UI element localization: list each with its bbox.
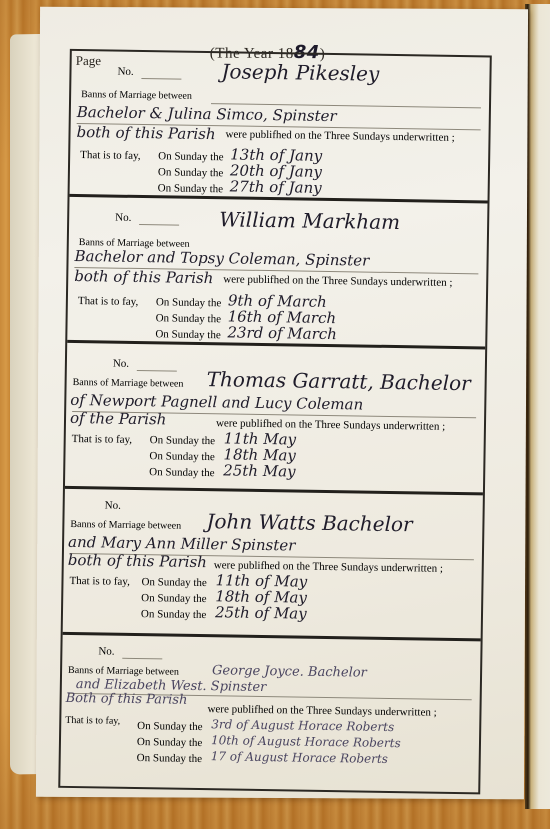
sunday-date-3: 17 of August Horace Roberts xyxy=(211,749,388,766)
published-label: were publifhed on the Three Sundays unde… xyxy=(223,273,452,289)
facing-page-edge xyxy=(525,4,550,809)
banns-entry: No. Banns of Marriage between George Joy… xyxy=(60,635,480,792)
banns-register-frame: No. Joseph Pikesley Banns of Marriage be… xyxy=(58,49,492,795)
parish-line: both of this Parish xyxy=(74,267,213,287)
sunday-label-1: On Sunday the xyxy=(137,720,203,733)
sunday-label-1: On Sunday the xyxy=(141,576,207,589)
sunday-label-1: On Sunday the xyxy=(158,150,224,163)
no-label: No. xyxy=(113,358,129,370)
sunday-label-2: On Sunday the xyxy=(156,312,222,325)
sunday-date-2: 10th of August Horace Roberts xyxy=(211,733,401,750)
banns-label: Banns of Marriage between xyxy=(81,89,192,102)
no-label: No. xyxy=(115,212,131,224)
bride-line: Bachelor and Topsy Coleman, Spinster xyxy=(74,247,369,270)
no-label: No. xyxy=(98,645,114,657)
banns-entry: No. Banns of Marriage between Thomas Gar… xyxy=(65,343,485,496)
parish-line: both of this Parish xyxy=(68,551,207,571)
banns-entry: No. Joseph Pikesley Banns of Marriage be… xyxy=(70,51,490,204)
parish-line: both of this Parish xyxy=(76,123,215,143)
no-label: No. xyxy=(105,499,121,511)
published-label: were publifhed on the Three Sundays unde… xyxy=(207,703,436,719)
sunday-date-3: 27th of Jany xyxy=(230,177,322,196)
sunday-label-1: On Sunday the xyxy=(156,296,222,309)
sunday-label-3: On Sunday the xyxy=(149,466,215,479)
sunday-label-1: On Sunday the xyxy=(150,434,216,447)
groom-name: Joseph Pikesley xyxy=(221,59,379,85)
banns-label: Banns of Marriage between xyxy=(73,377,184,390)
parish-line: Both of this Parish xyxy=(66,691,188,708)
banns-entry: No. Banns of Marriage between John Watts… xyxy=(63,489,483,642)
register-page: Page (The Year 1884) No. Joseph Pikesley… xyxy=(36,7,528,800)
sunday-date-3: 23rd of March xyxy=(227,323,337,343)
that-is-label: That is to fay, xyxy=(78,295,139,308)
sunday-label-3: On Sunday the xyxy=(141,608,207,621)
bride-line: Bachelor & Julina Simco, Spinster xyxy=(77,103,337,125)
that-is-label: That is to fay, xyxy=(69,575,130,588)
parish-line: of the Parish xyxy=(70,409,167,429)
sunday-label-3: On Sunday the xyxy=(158,182,224,195)
that-is-label: That is to fay, xyxy=(80,149,141,162)
banns-label: Banns of Marriage between xyxy=(68,665,179,678)
no-label: No. xyxy=(117,66,133,78)
groom-name: William Markham xyxy=(219,207,400,234)
sunday-date-1: 3rd of August Horace Roberts xyxy=(211,717,394,734)
sunday-label-2: On Sunday the xyxy=(149,450,215,463)
groom-name: George Joyce. Bachelor xyxy=(212,663,367,680)
groom-name: Thomas Garratt, Bachelor xyxy=(206,367,470,395)
sunday-label-2: On Sunday the xyxy=(158,166,224,179)
sunday-label-3: On Sunday the xyxy=(155,328,221,341)
sunday-label-2: On Sunday the xyxy=(141,592,207,605)
sunday-date-3: 25th of May xyxy=(215,603,307,622)
banns-label: Banns of Marriage between xyxy=(70,519,181,532)
that-is-label: That is to fay, xyxy=(65,715,120,727)
that-is-label: That is to fay, xyxy=(72,433,133,446)
groom-name: John Watts Bachelor xyxy=(206,509,413,536)
sunday-label-2: On Sunday the xyxy=(137,736,203,749)
sunday-label-3: On Sunday the xyxy=(137,752,203,765)
sunday-date-3: 25th May xyxy=(223,461,296,480)
published-label: were publifhed on the Three Sundays unde… xyxy=(225,128,454,144)
banns-entry: No. William Markham Banns of Marriage be… xyxy=(67,197,487,350)
